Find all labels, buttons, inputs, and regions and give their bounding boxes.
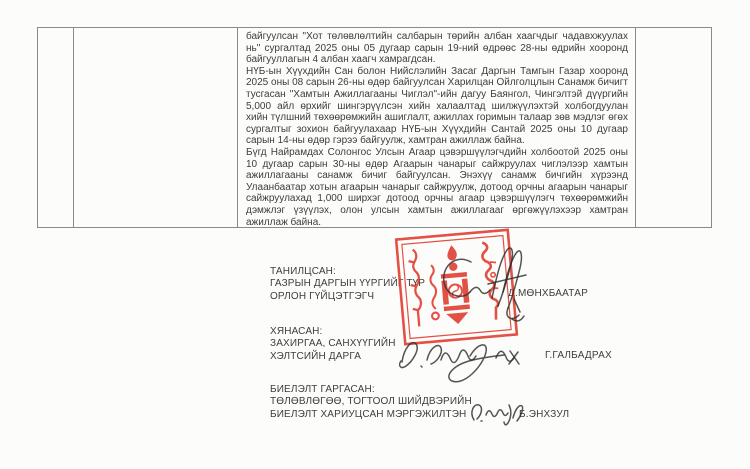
signoff-role-line: ЗАХИРГАА, САНХҮҮГИЙН bbox=[270, 338, 396, 350]
signature-galbadrakh bbox=[400, 343, 519, 382]
report-table: байгуулсан "Хот төлөвлөлтийн салбарын тө… bbox=[37, 27, 712, 228]
signature-enkhzul bbox=[472, 405, 523, 425]
signoff-role-line: БИЕЛЭЛТ ХАРИУЦСАН МЭРГЭЖИЛТЭН bbox=[270, 409, 472, 421]
signoff-heading: БИЕЛЭЛТ ГАРГАСАН: bbox=[270, 384, 472, 396]
official-stamp bbox=[395, 228, 519, 346]
table-column-divider bbox=[73, 28, 74, 227]
signoff-role-line: ТӨЛӨВЛӨГӨӨ, ТОГТООЛ ШИЙДВЭРИЙН bbox=[270, 396, 472, 408]
signoff-block-reviewed: ХЯНАСАН: ЗАХИРГАА, САНХҮҮГИЙН ХЭЛТСИЙН Д… bbox=[270, 326, 396, 363]
report-paragraph: НҮБ-ын Хүүхдийн Сан болон Нийслэлийн Зас… bbox=[246, 66, 628, 147]
table-column-divider bbox=[635, 28, 636, 227]
signer-name-enkhzul: Б.ЭНХЗУЛ bbox=[519, 409, 569, 420]
mongol-script-column bbox=[428, 265, 440, 320]
scanned-report-page: байгуулсан "Хот төлөвлөлтийн салбарын тө… bbox=[0, 0, 750, 469]
report-paragraph: Бүгд Найрамдах Солонгос Улсын Агаар цэвэ… bbox=[246, 147, 628, 227]
signer-name-galbadrakh: Г.ГАЛБАДРАХ bbox=[545, 350, 612, 361]
signoff-heading: ХЯНАСАН: bbox=[270, 326, 396, 338]
signoff-block-prepared: БИЕЛЭЛТ ГАРГАСАН: ТӨЛӨВЛӨГӨӨ, ТОГТООЛ ШИ… bbox=[270, 384, 472, 421]
mongol-script-column bbox=[481, 242, 501, 321]
soyombo-emblem-icon bbox=[438, 244, 471, 325]
signer-name-munkhbaatar: Д.МӨНХБААТАР bbox=[508, 288, 588, 299]
report-paragraph: байгуулсан "Хот төлөвлөлтийн салбарын тө… bbox=[246, 31, 628, 66]
signoff-role-line: ХЭЛТСИЙН ДАРГА bbox=[270, 351, 396, 363]
report-body-cell: байгуулсан "Хот төлөвлөлтийн салбарын тө… bbox=[238, 28, 635, 227]
mongol-script-column bbox=[408, 249, 423, 326]
mongolian-state-seal-icon bbox=[395, 228, 519, 346]
